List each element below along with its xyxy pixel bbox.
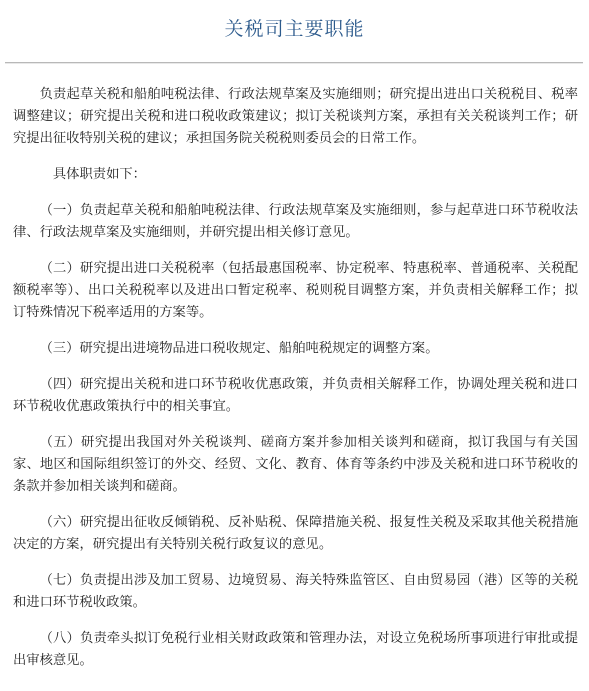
duty-item-7: （七）负责提出涉及加工贸易、边境贸易、海关特殊监管区、自由贸易园（港）区等的关税… [13, 570, 578, 614]
page-title: 关税司主要职能 [0, 14, 589, 41]
document-body: 负责起草关税和船舶吨税法律、行政法规草案及实施细则；研究提出进出口关税税目、税率… [13, 84, 578, 686]
duty-item-1: （一）负责起草关税和船舶吨税法律、行政法规草案及实施细则，参与起草进口环节税收法… [13, 200, 578, 244]
duty-item-8: （八）负责牵头拟订免税行业相关财政政策和管理办法，对设立免税场所事项进行审批或提… [13, 628, 578, 672]
title-divider [5, 62, 583, 64]
duty-item-6: （六）研究提出征收反倾销税、反补贴税、保障措施关税、报复性关税及采取其他关税措施… [13, 512, 578, 556]
duties-heading: 具体职责如下： [13, 164, 578, 186]
duty-item-4: （四）研究提出关税和进口环节税收优惠政策，并负责相关解释工作，协调处理关税和进口… [13, 374, 578, 418]
duty-item-5: （五）研究提出我国对外关税谈判、磋商方案并参加相关谈判和磋商，拟订我国与有关国家… [13, 432, 578, 498]
intro-paragraph: 负责起草关税和船舶吨税法律、行政法规草案及实施细则；研究提出进出口关税税目、税率… [13, 84, 578, 150]
duty-item-3: （三）研究提出进境物品进口税收规定、船舶吨税规定的调整方案。 [13, 338, 578, 360]
duty-item-2: （二）研究提出进口关税税率（包括最惠国税率、协定税率、特惠税率、普通税率、关税配… [13, 258, 578, 324]
